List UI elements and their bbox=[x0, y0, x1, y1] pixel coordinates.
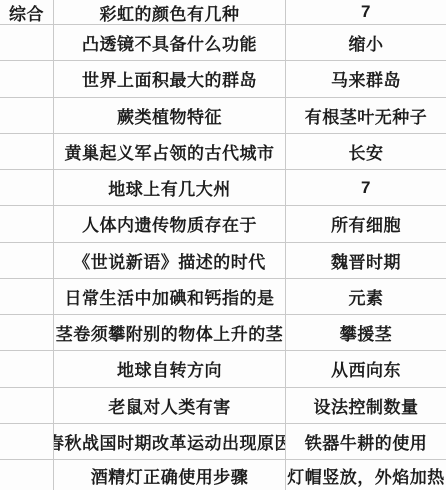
table-row: 日常生活中加碘和钙指的是 元素 bbox=[0, 279, 446, 315]
table-row: 《世说新语》描述的时代 魏晋时期 bbox=[0, 243, 446, 279]
category-cell bbox=[0, 98, 54, 134]
category-cell bbox=[0, 279, 54, 315]
answer-cell: 7 bbox=[286, 0, 446, 25]
answer-cell: 所有细胞 bbox=[286, 206, 446, 242]
category-cell bbox=[0, 206, 54, 242]
answer-cell: 灯帽竖放，外焰加热 bbox=[286, 460, 446, 490]
answer-cell: 从西向东 bbox=[286, 351, 446, 387]
quiz-answer-table-screen: 综合 彩虹的颜色有几种 7 凸透镜不具备什么功能 缩小 世界上面积最大的群岛 马… bbox=[0, 0, 446, 490]
category-cell: 综合 bbox=[0, 0, 54, 25]
category-cell bbox=[0, 424, 54, 460]
table-row: 地球上有几大州 7 bbox=[0, 170, 446, 206]
table-row: 世界上面积最大的群岛 马来群岛 bbox=[0, 61, 446, 97]
answer-cell: 铁器牛耕的使用 bbox=[286, 424, 446, 460]
category-cell bbox=[0, 25, 54, 61]
qa-table: 综合 彩虹的颜色有几种 7 凸透镜不具备什么功能 缩小 世界上面积最大的群岛 马… bbox=[0, 0, 446, 490]
question-cell: 《世说新语》描述的时代 bbox=[54, 243, 286, 279]
question-cell: 地球自转方向 bbox=[54, 351, 286, 387]
question-cell: 日常生活中加碘和钙指的是 bbox=[54, 279, 286, 315]
category-cell bbox=[0, 351, 54, 387]
question-cell: 春秋战国时期改革运动出现原因 bbox=[54, 424, 286, 460]
question-cell: 酒精灯正确使用步骤 bbox=[54, 460, 286, 490]
table-row: 茎卷须攀附别的物体上升的茎 攀援茎 bbox=[0, 315, 446, 351]
answer-cell: 缩小 bbox=[286, 25, 446, 61]
question-cell: 人体内遗传物质存在于 bbox=[54, 206, 286, 242]
category-cell bbox=[0, 61, 54, 97]
answer-cell: 元素 bbox=[286, 279, 446, 315]
category-cell bbox=[0, 388, 54, 424]
answer-cell: 设法控制数量 bbox=[286, 388, 446, 424]
table-row: 人体内遗传物质存在于 所有细胞 bbox=[0, 206, 446, 242]
category-cell bbox=[0, 134, 54, 170]
answer-cell: 攀援茎 bbox=[286, 315, 446, 351]
category-cell bbox=[0, 243, 54, 279]
question-cell: 彩虹的颜色有几种 bbox=[54, 0, 286, 25]
question-cell: 世界上面积最大的群岛 bbox=[54, 61, 286, 97]
answer-cell: 魏晋时期 bbox=[286, 243, 446, 279]
question-cell: 黄巢起义军占领的古代城市 bbox=[54, 134, 286, 170]
question-cell: 老鼠对人类有害 bbox=[54, 388, 286, 424]
table-row: 酒精灯正确使用步骤 灯帽竖放，外焰加热 bbox=[0, 460, 446, 490]
table-row: 春秋战国时期改革运动出现原因 铁器牛耕的使用 bbox=[0, 424, 446, 460]
table-row: 蕨类植物特征 有根茎叶无种子 bbox=[0, 98, 446, 134]
table-row: 老鼠对人类有害 设法控制数量 bbox=[0, 388, 446, 424]
table-row: 地球自转方向 从西向东 bbox=[0, 351, 446, 387]
answer-cell: 长安 bbox=[286, 134, 446, 170]
table-row: 综合 彩虹的颜色有几种 7 bbox=[0, 0, 446, 25]
question-cell: 蕨类植物特征 bbox=[54, 98, 286, 134]
category-cell bbox=[0, 170, 54, 206]
question-cell: 凸透镜不具备什么功能 bbox=[54, 25, 286, 61]
answer-cell: 7 bbox=[286, 170, 446, 206]
category-cell bbox=[0, 460, 54, 490]
category-cell bbox=[0, 315, 54, 351]
question-cell: 茎卷须攀附别的物体上升的茎 bbox=[54, 315, 286, 351]
answer-cell: 有根茎叶无种子 bbox=[286, 98, 446, 134]
answer-cell: 马来群岛 bbox=[286, 61, 446, 97]
table-row: 黄巢起义军占领的古代城市 长安 bbox=[0, 134, 446, 170]
table-row: 凸透镜不具备什么功能 缩小 bbox=[0, 25, 446, 61]
question-cell: 地球上有几大州 bbox=[54, 170, 286, 206]
